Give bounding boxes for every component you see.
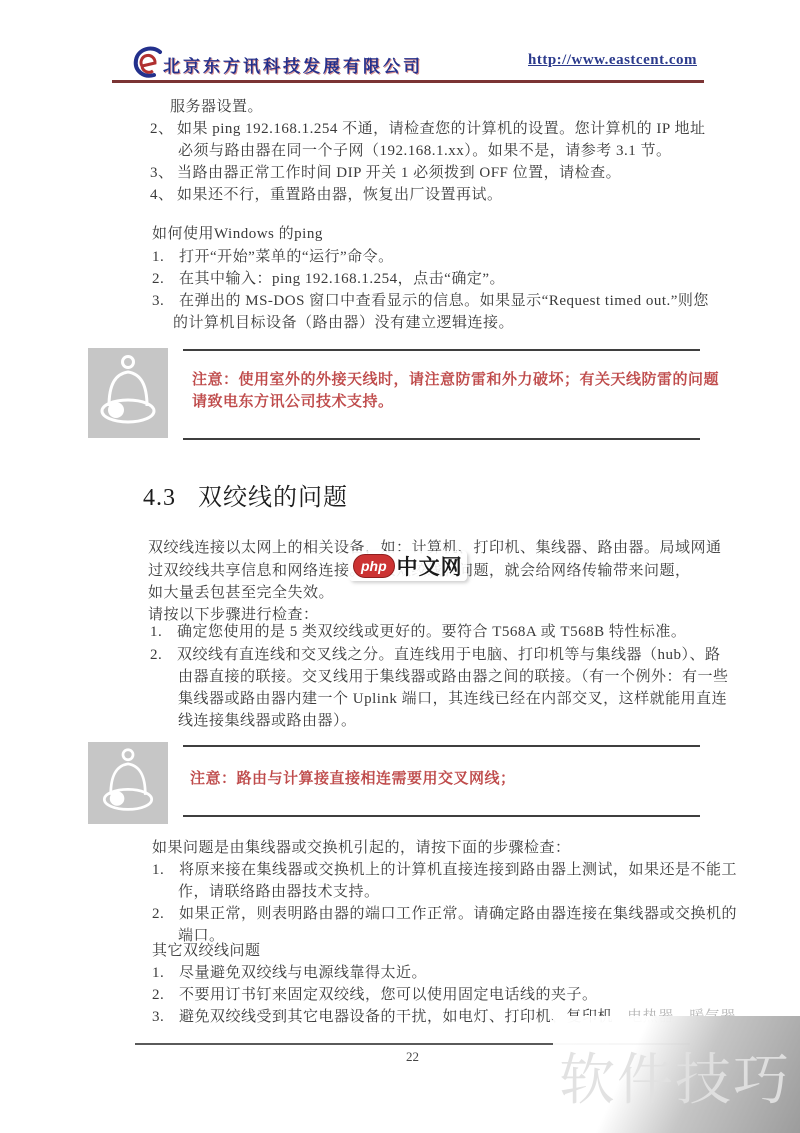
list-item: 2、如果 ping 192.168.1.254 不通，请检查您的计算机的设置。您… — [150, 119, 705, 139]
website-link[interactable]: http://www.eastcent.com — [528, 52, 697, 69]
list-item-number: 4、 — [150, 185, 177, 205]
section-number: 4.3 — [143, 485, 176, 511]
list-item-text: 作，请联络路由器技术支持。 — [178, 882, 380, 902]
list-item: 2.不要用订书钉来固定双绞线，您可以使用固定电话线的夹子。 — [152, 985, 598, 1005]
list-item-text: 双绞线有直连线和交叉线之分。直连线用于电脑、打印机等与集线器（hub）、路 — [177, 647, 721, 663]
notice-text-line: 注意：路由与计算接直接相连需要用交叉网线； — [190, 769, 516, 789]
list-item-text: 由器直接的联接。交叉线用于集线器或路由器之间的联接。（有一个例外：有一些 — [178, 667, 729, 687]
notice-icon-box — [88, 348, 168, 438]
bell-icon — [88, 348, 168, 438]
list-item-number: 3. — [152, 291, 179, 311]
list-item: 4、如果还不行，重置路由器，恢复出厂设置再试。 — [150, 185, 503, 205]
list-item-text: 如果 ping 192.168.1.254 不通，请检查您的计算机的设置。您计算… — [177, 121, 705, 137]
list-item-text: 如果正常，则表明路由器的端口工作正常。请确定路由器连接在集线器或交换机的 — [179, 906, 737, 922]
subsection-title: 其它双绞线问题 — [152, 941, 261, 961]
list-item-text: 不要用订书钉来固定双绞线，您可以使用固定电话线的夹子。 — [179, 987, 598, 1003]
list-item: 1.尽量避免双绞线与电源线靠得太近。 — [152, 963, 427, 983]
list-item-text: 将原来接在集线器或交换机上的计算机直接连接到路由器上测试，如果还是不能工 — [179, 862, 737, 878]
list-item-number: 1. — [152, 247, 179, 267]
list-item: 2.如果正常，则表明路由器的端口工作正常。请确定路由器连接在集线器或交换机的 — [152, 904, 737, 924]
list-item-text: 在其中输入：ping 192.168.1.254，点击“确定”。 — [179, 271, 505, 287]
notice-text-line: 注意：使用室外的外接天线时，请注意防雷和外力破坏；有关天线防雷的问题 — [192, 370, 719, 390]
list-item: 2.双绞线有直连线和交叉线之分。直连线用于电脑、打印机等与集线器（hub）、路 — [150, 645, 721, 665]
list-item-number: 3、 — [150, 163, 177, 183]
paragraph-line: 如大量丢包甚至完全失效。 — [148, 583, 334, 603]
section-heading: 4.3双绞线的问题 — [143, 477, 348, 512]
list-item-number: 2、 — [150, 119, 177, 139]
company-logo-icon — [132, 46, 164, 80]
notice-icon-box — [88, 742, 168, 824]
list-item: 1.将原来接在集线器或交换机上的计算机直接连接到路由器上测试，如果还是不能工 — [152, 860, 737, 880]
php-site-watermark: php 中文网 — [349, 551, 467, 581]
list-item-text: 线连接集线器或路由器）。 — [178, 711, 357, 731]
list-item-text: 集线器或路由器内建一个 Uplink 端口，其连线已经在内部交叉，这样就能用直连 — [178, 689, 727, 709]
php-watermark-text: 中文网 — [397, 551, 463, 581]
list-item-text: 如果还不行，重置路由器，恢复出厂设置再试。 — [177, 187, 503, 203]
list-item-text: 避免双绞线受到其它电器设备的干扰，如电灯、打印机、复印机 — [179, 1009, 613, 1025]
bell-icon — [88, 742, 168, 824]
list-item-text: 打开“开始”菜单的“运行”命令。 — [179, 249, 394, 265]
list-item-text: 尽量避免双绞线与电源线靠得太近。 — [179, 965, 427, 981]
list-item-number: 1. — [152, 860, 179, 880]
document-page: 北京东方讯科技发展有限公司 http://www.eastcent.com 服务… — [0, 0, 800, 1133]
list-item-text: 在弹出的 MS-DOS 窗口中查看显示的信息。如果显示“Request time… — [179, 293, 709, 309]
corner-watermark-text: 软件技巧 — [559, 1036, 791, 1116]
text-line: 服务器设置。 — [170, 97, 263, 117]
list-item: 2.在其中输入：ping 192.168.1.254，点击“确定”。 — [152, 269, 505, 289]
list-item: 1.确定您使用的是 5 类双绞线或更好的。要符合 T568A 或 T568B 特… — [150, 622, 686, 642]
corner-watermark: 软件技巧 — [553, 1016, 800, 1133]
list-item-text: 的计算机目标设备（路由器）没有建立逻辑连接。 — [173, 313, 514, 333]
list-item: 1.打开“开始”菜单的“运行”命令。 — [152, 247, 394, 267]
section-title: 双绞线的问题 — [198, 485, 348, 511]
notice-text-line: 请致电东方讯公司技术支持。 — [192, 392, 394, 412]
list-item-number: 2. — [152, 269, 179, 289]
paragraph-line: 如果问题是由集线器或交换机引起的，请按下面的步骤检查： — [152, 838, 571, 858]
php-logo-icon: php — [353, 554, 395, 578]
list-item-number: 2. — [152, 904, 179, 924]
list-item-text: 必须与路由器在同一个子网（192.168.1.xx）。如果不是，请参考 3.1 … — [178, 141, 672, 161]
list-item-number: 2. — [152, 985, 179, 1005]
list-item-number: 3. — [152, 1007, 179, 1027]
list-item: 3、当路由器正常工作时间 DIP 开关 1 必须拨到 OFF 位置，请检查。 — [150, 163, 621, 183]
list-item-text: 确定您使用的是 5 类双绞线或更好的。要符合 T568A 或 T568B 特性标… — [177, 624, 686, 640]
list-item-number: 1. — [152, 963, 179, 983]
list-item-number: 2. — [150, 645, 177, 665]
header-divider — [112, 80, 704, 83]
list-item: 3.在弹出的 MS-DOS 窗口中查看显示的信息。如果显示“Request ti… — [152, 291, 709, 311]
list-item-number: 1. — [150, 622, 177, 642]
company-name: 北京东方讯科技发展有限公司 — [163, 52, 423, 77]
subsection-title: 如何使用Windows 的ping — [152, 224, 323, 244]
list-item-text: 当路由器正常工作时间 DIP 开关 1 必须拨到 OFF 位置，请检查。 — [177, 165, 621, 181]
